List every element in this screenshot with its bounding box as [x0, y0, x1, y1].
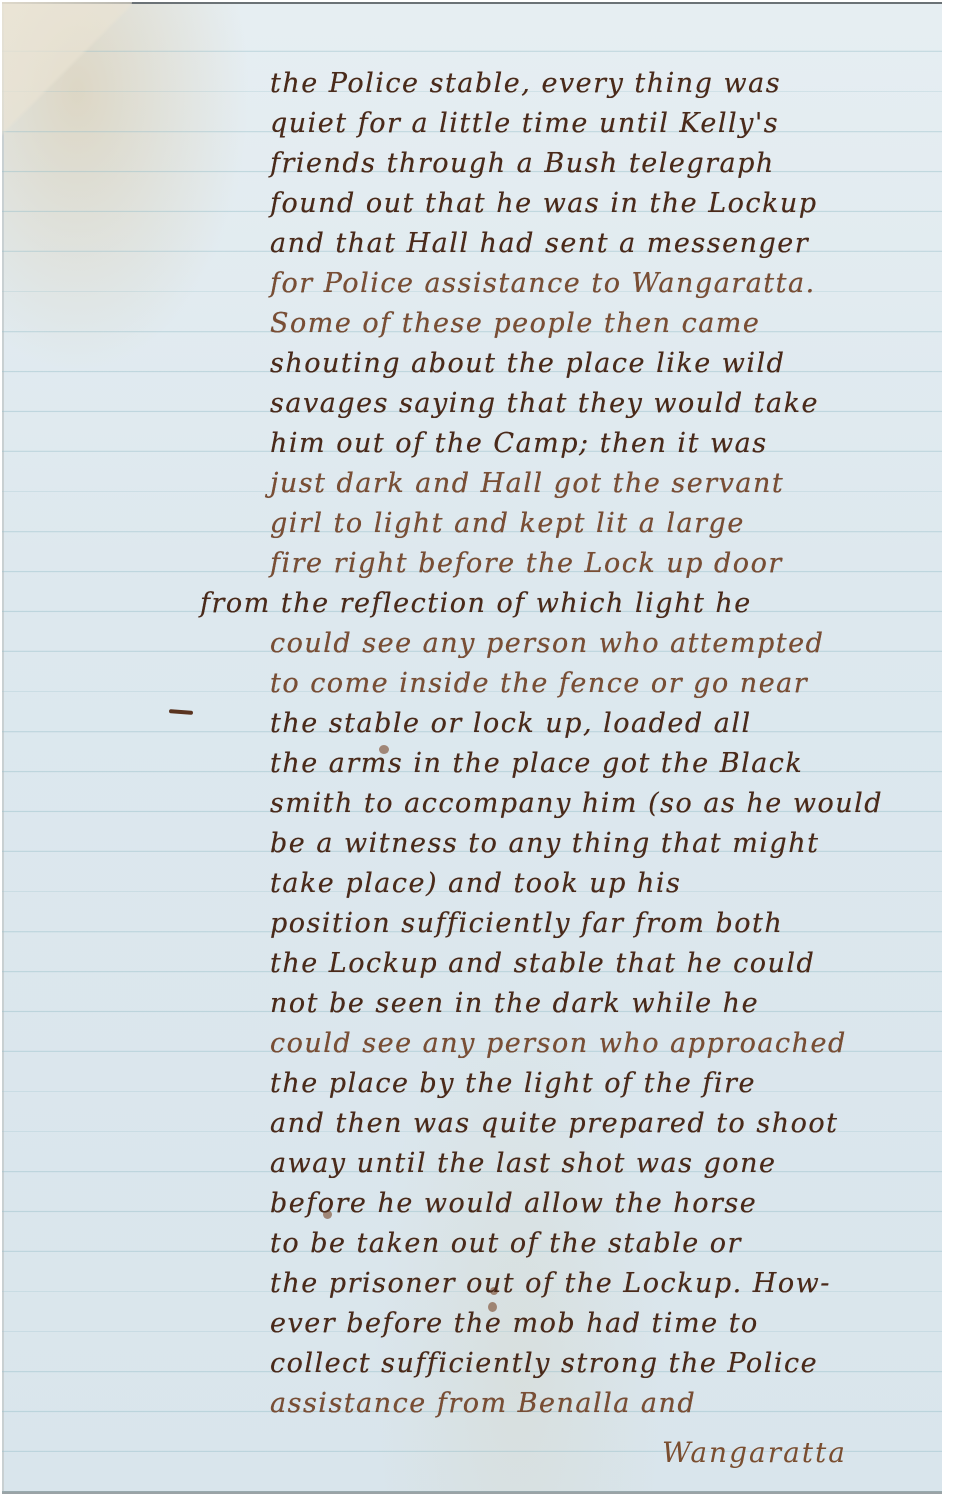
- text-line: could see any person who approached: [270, 1024, 930, 1064]
- text-line: Some of these people then came: [270, 304, 930, 344]
- text-line: the stable or lock up, loaded all: [270, 704, 930, 744]
- text-line: position sufficiently far from both: [270, 904, 930, 944]
- text-line: the prisoner out of the Lockup. How-: [270, 1264, 930, 1304]
- text-line: the arms in the place got the Black: [270, 744, 930, 784]
- text-line: for Police assistance to Wangaratta.: [270, 264, 930, 304]
- handwritten-text: the Police stable, every thing was quiet…: [270, 64, 930, 1424]
- text-line: be a witness to any thing that might: [270, 824, 930, 864]
- text-line: just dark and Hall got the servant: [270, 464, 930, 504]
- text-line: the Lockup and stable that he could: [270, 944, 930, 984]
- text-line: and then was quite prepared to shoot: [270, 1104, 930, 1144]
- manuscript-page: the Police stable, every thing was quiet…: [2, 2, 942, 1494]
- text-line: quiet for a little time until Kelly's: [270, 104, 930, 144]
- folded-corner: [2, 2, 132, 142]
- text-line: him out of the Camp; then it was: [270, 424, 930, 464]
- text-line: take place) and took up his: [270, 864, 930, 904]
- text-line: the place by the light of the fire: [270, 1064, 930, 1104]
- text-line: collect sufficiently strong the Police: [270, 1344, 930, 1384]
- text-line: shouting about the place like wild: [270, 344, 930, 384]
- text-line: from the reflection of which light he: [200, 584, 930, 624]
- text-line: the Police stable, every thing was: [270, 64, 930, 104]
- margin-ink-mark: [169, 709, 193, 715]
- text-line: away until the last shot was gone: [270, 1144, 930, 1184]
- text-line: assistance from Benalla and: [270, 1384, 930, 1424]
- text-line: not be seen in the dark while he: [270, 984, 930, 1024]
- text-line: and that Hall had sent a messenger: [270, 224, 930, 264]
- catchword: Wangaratta: [662, 1436, 847, 1469]
- text-line: girl to light and kept lit a large: [270, 504, 930, 544]
- text-line: before he would allow the horse: [270, 1184, 930, 1224]
- text-line: fire right before the Lock up door: [270, 544, 930, 584]
- text-line: savages saying that they would take: [270, 384, 930, 424]
- text-line: found out that he was in the Lockup: [270, 184, 930, 224]
- text-line: to be taken out of the stable or: [270, 1224, 930, 1264]
- text-line: could see any person who attempted: [270, 624, 930, 664]
- text-line: ever before the mob had time to: [270, 1304, 930, 1344]
- text-line: friends through a Bush telegraph: [270, 144, 930, 184]
- text-line: smith to accompany him (so as he would: [270, 784, 930, 824]
- text-line: to come inside the fence or go near: [270, 664, 930, 704]
